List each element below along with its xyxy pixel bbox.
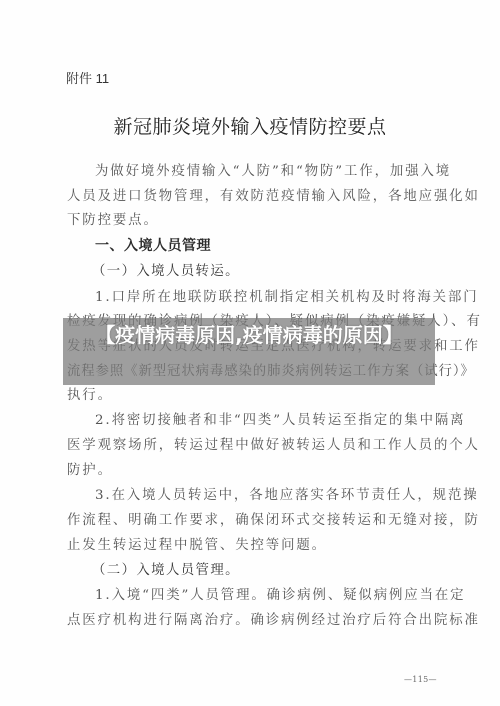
page-number: —115—	[404, 675, 437, 684]
paragraph-line: 作流程、明确工作要求，确保闭环式交接转运和无缝对接，防	[67, 512, 439, 530]
paragraph-line: 下防控要点。	[67, 212, 439, 230]
subsection-heading: （二）入境人员管理。	[92, 562, 436, 580]
paragraph-line: 1.入境“四类”人员管理。确诊病例、疑似病例应当在定	[95, 587, 439, 605]
headline-overlay-text: 【疫情病毒原因,疫情病毒的原因】	[63, 322, 435, 348]
document-title: 新冠肺炎境外输入疫情防控要点	[0, 112, 500, 139]
paragraph-line: 执行。	[67, 387, 439, 405]
paragraph-line: 为做好境外疫情输入“人防”和“物防”工作，加强入境	[95, 163, 439, 181]
paragraph-line: 1.口岸所在地联防联控机制指定相关机构及时将海关部门	[95, 289, 439, 307]
paragraph-line: 人员及进口货物管理，有效防范疫情输入风险，各地应强化如	[67, 188, 439, 206]
section-heading: 一、入境人员管理	[95, 237, 439, 255]
attachment-label: 附件 11	[66, 68, 109, 87]
paragraph-line: 止发生转运过程中脱管、失控等问题。	[67, 537, 439, 555]
paragraph-line: 点医疗机构进行隔离治疗。确诊病例经过治疗后符合出院标准	[67, 612, 439, 630]
paragraph-line: 防护。	[67, 462, 439, 480]
paragraph-line: 2.将密切接触者和非“四类”人员转运至指定的集中隔离	[95, 412, 439, 430]
subsection-heading: （一）入境人员转运。	[92, 263, 436, 281]
paragraph-line: 3.在入境人员转运中，各地应落实各环节责任人，规范操	[95, 487, 439, 505]
paragraph-line: 医学观察场所，转运过程中做好被转运人员和工作人员的个人	[67, 437, 439, 455]
